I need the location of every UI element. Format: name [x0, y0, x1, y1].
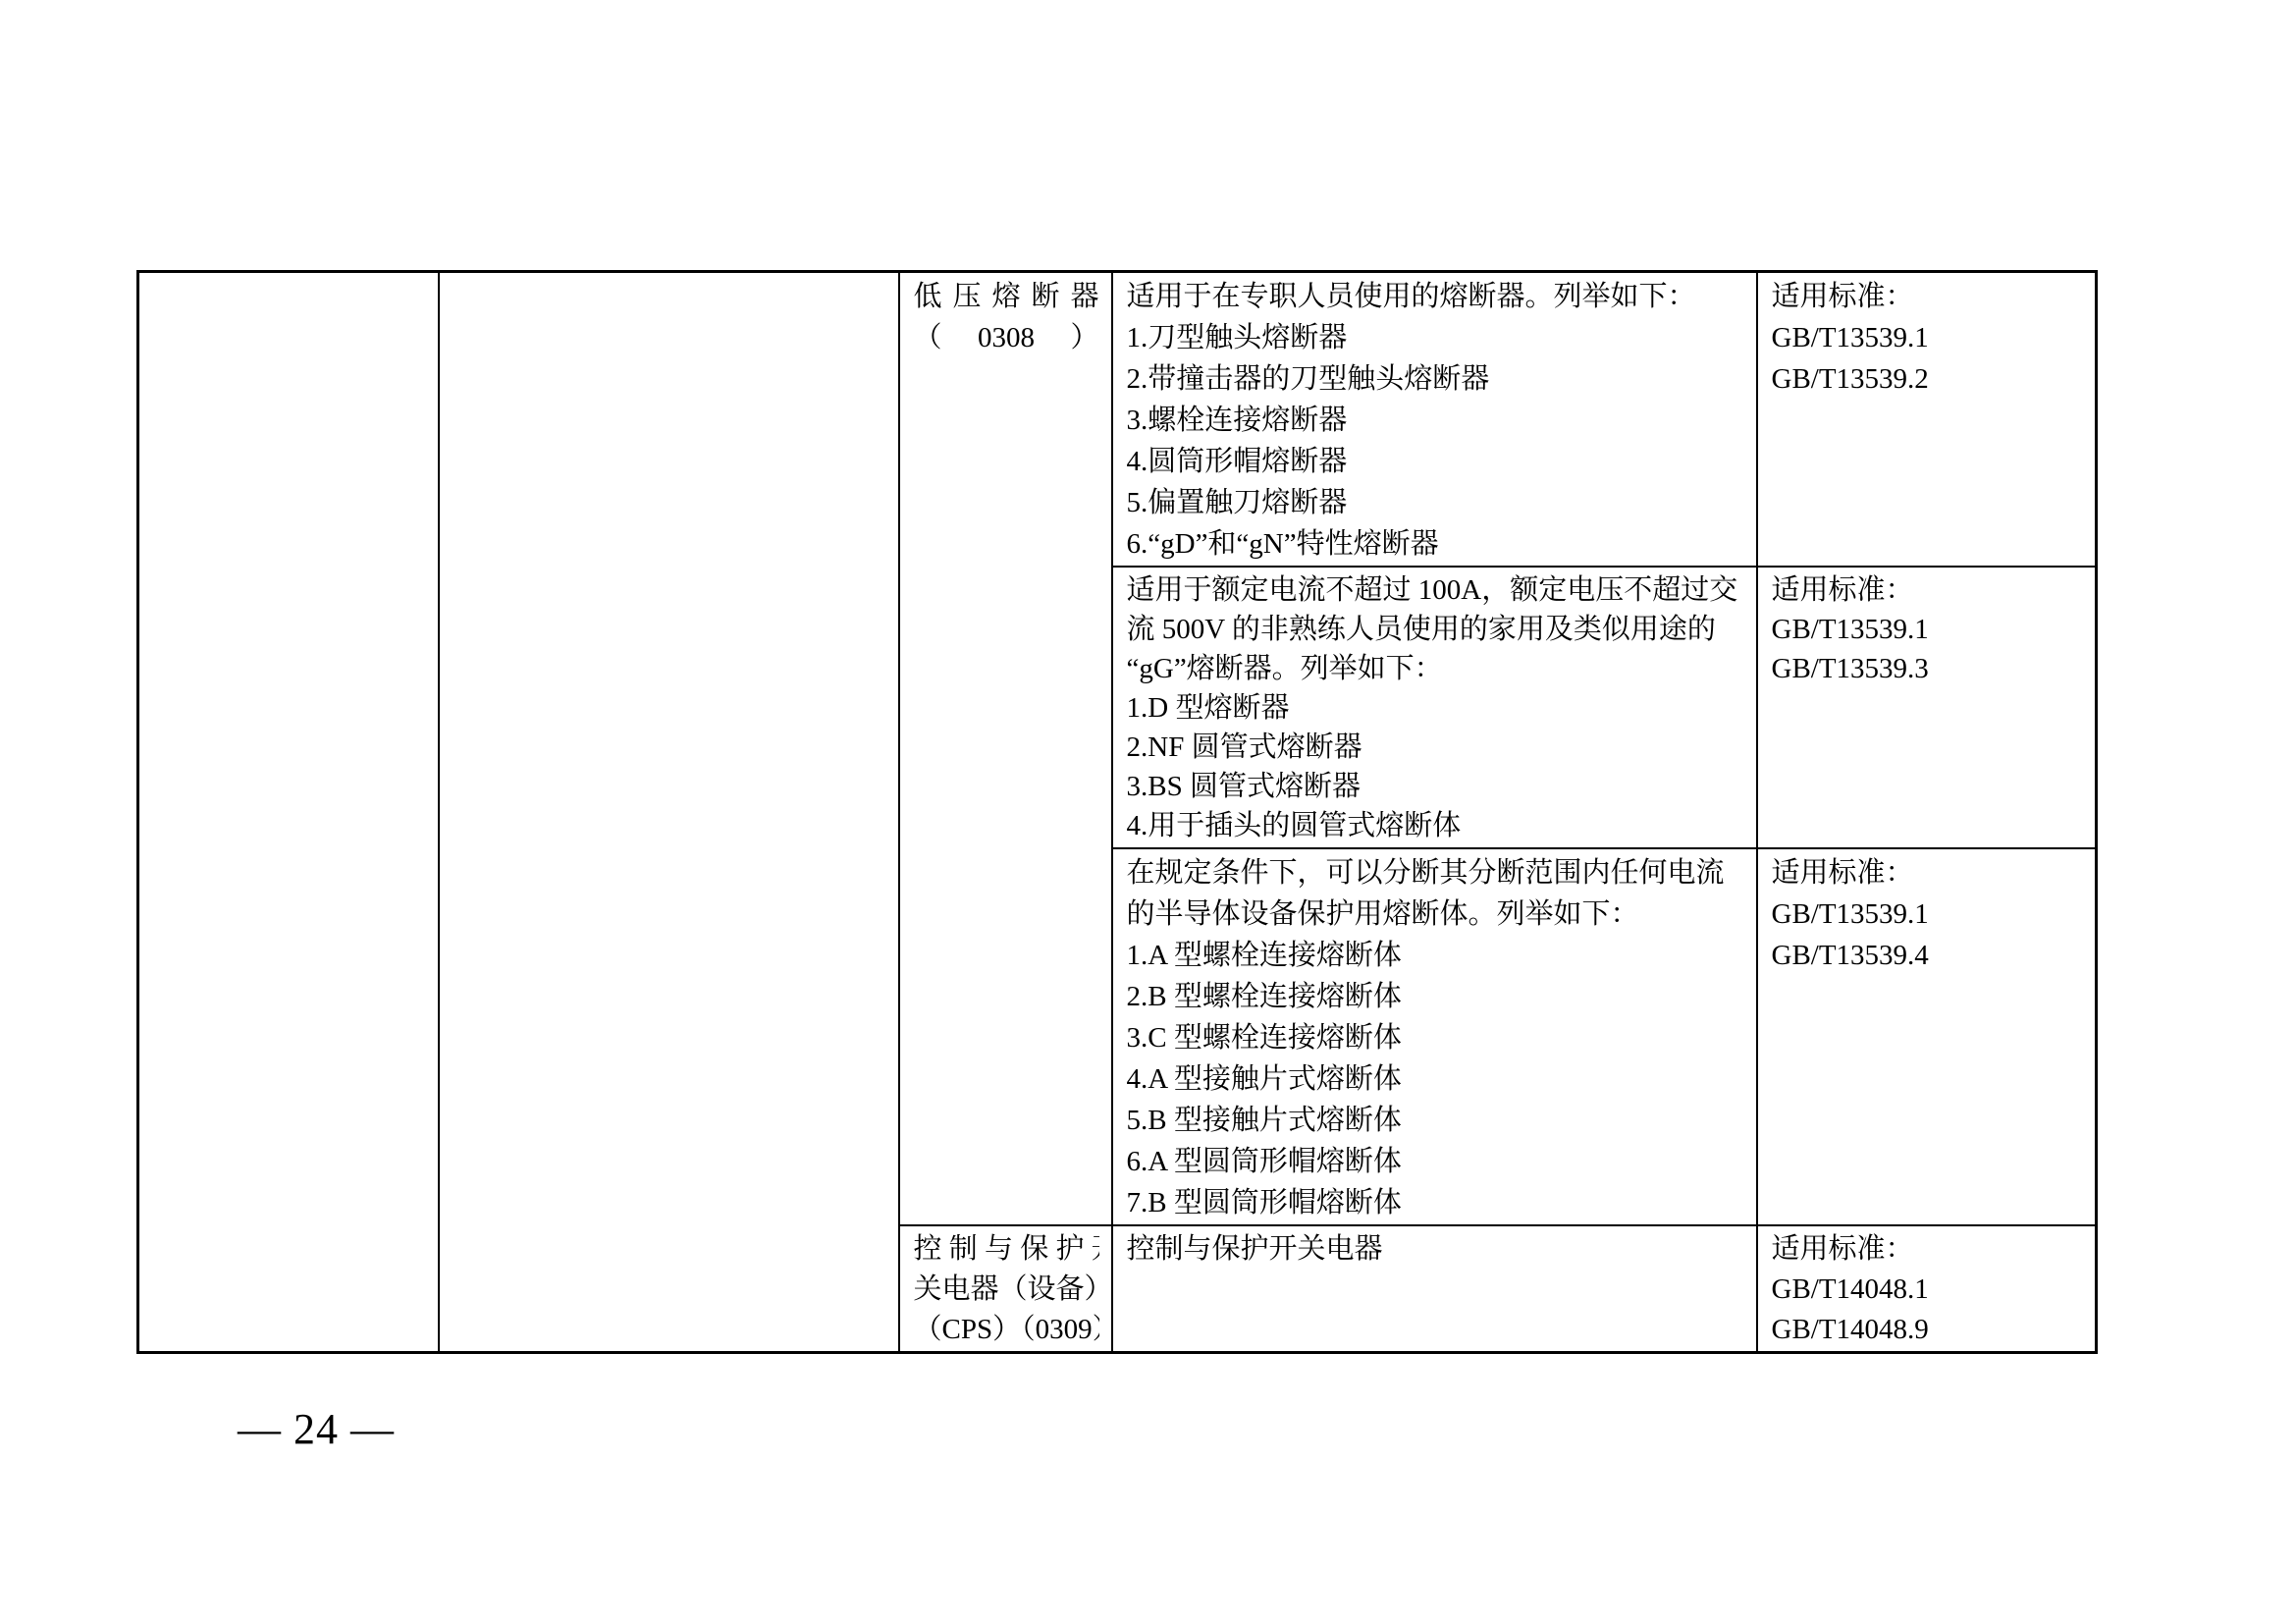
standards-cell: 适用标准：GB/T13539.1GB/T13539.3 [1757, 567, 2097, 848]
device-name-0308: 低 压 熔 断 器（0308） [914, 276, 1099, 1218]
standards-text: 适用标准：GB/T13539.1GB/T13539.2 [1772, 276, 2084, 566]
device-name-cell-0309: 控 制 与 保 护 开关电器（设备）（CPS）（0309） [899, 1225, 1112, 1353]
description-cell: 适用于额定电流不超过 100A，额定电压不超过交流 500V 的非熟练人员使用的… [1112, 567, 1757, 848]
standards-cell: 适用标准：GB/T14048.1GB/T14048.9 [1757, 1225, 2097, 1353]
description-text: 适用于在专职人员使用的熔断器。列举如下：1.刀型触头熔断器2.带撞击器的刀型触头… [1127, 276, 1744, 566]
table-row-fuse-professional: 低 压 熔 断 器（0308） 适用于在专职人员使用的熔断器。列举如下：1.刀型… [138, 272, 2097, 568]
empty-category-cell-1 [138, 272, 439, 1353]
description-cell: 控制与保护开关电器 [1112, 1225, 1757, 1353]
description-text: 适用于额定电流不超过 100A，额定电压不超过交流 500V 的非熟练人员使用的… [1127, 570, 1744, 847]
standards-cell: 适用标准：GB/T13539.1GB/T13539.4 [1757, 848, 2097, 1225]
description-text: 控制与保护开关电器 [1127, 1229, 1744, 1351]
empty-category-cell-2 [439, 272, 899, 1353]
document-page: 低 压 熔 断 器（0308） 适用于在专职人员使用的熔断器。列举如下：1.刀型… [0, 0, 2296, 1624]
standards-text: 适用标准：GB/T14048.1GB/T14048.9 [1772, 1229, 2084, 1351]
standards-cell: 适用标准：GB/T13539.1GB/T13539.2 [1757, 272, 2097, 568]
device-name-cell-0308: 低 压 熔 断 器（0308） [899, 272, 1112, 1226]
page-number: — 24 — [238, 1404, 395, 1454]
standards-table: 低 压 熔 断 器（0308） 适用于在专职人员使用的熔断器。列举如下：1.刀型… [136, 270, 2098, 1354]
description-cell: 适用于在专职人员使用的熔断器。列举如下：1.刀型触头熔断器2.带撞击器的刀型触头… [1112, 272, 1757, 568]
device-name-0309: 控 制 与 保 护 开关电器（设备）（CPS）（0309） [914, 1229, 1099, 1351]
description-cell: 在规定条件下，可以分断其分断范围内任何电流的半导体设备保护用熔断体。列举如下：1… [1112, 848, 1757, 1225]
standards-text: 适用标准：GB/T13539.1GB/T13539.4 [1772, 852, 2084, 1224]
standards-text: 适用标准：GB/T13539.1GB/T13539.3 [1772, 570, 2084, 847]
description-text: 在规定条件下，可以分断其分断范围内任何电流的半导体设备保护用熔断体。列举如下：1… [1127, 852, 1744, 1224]
